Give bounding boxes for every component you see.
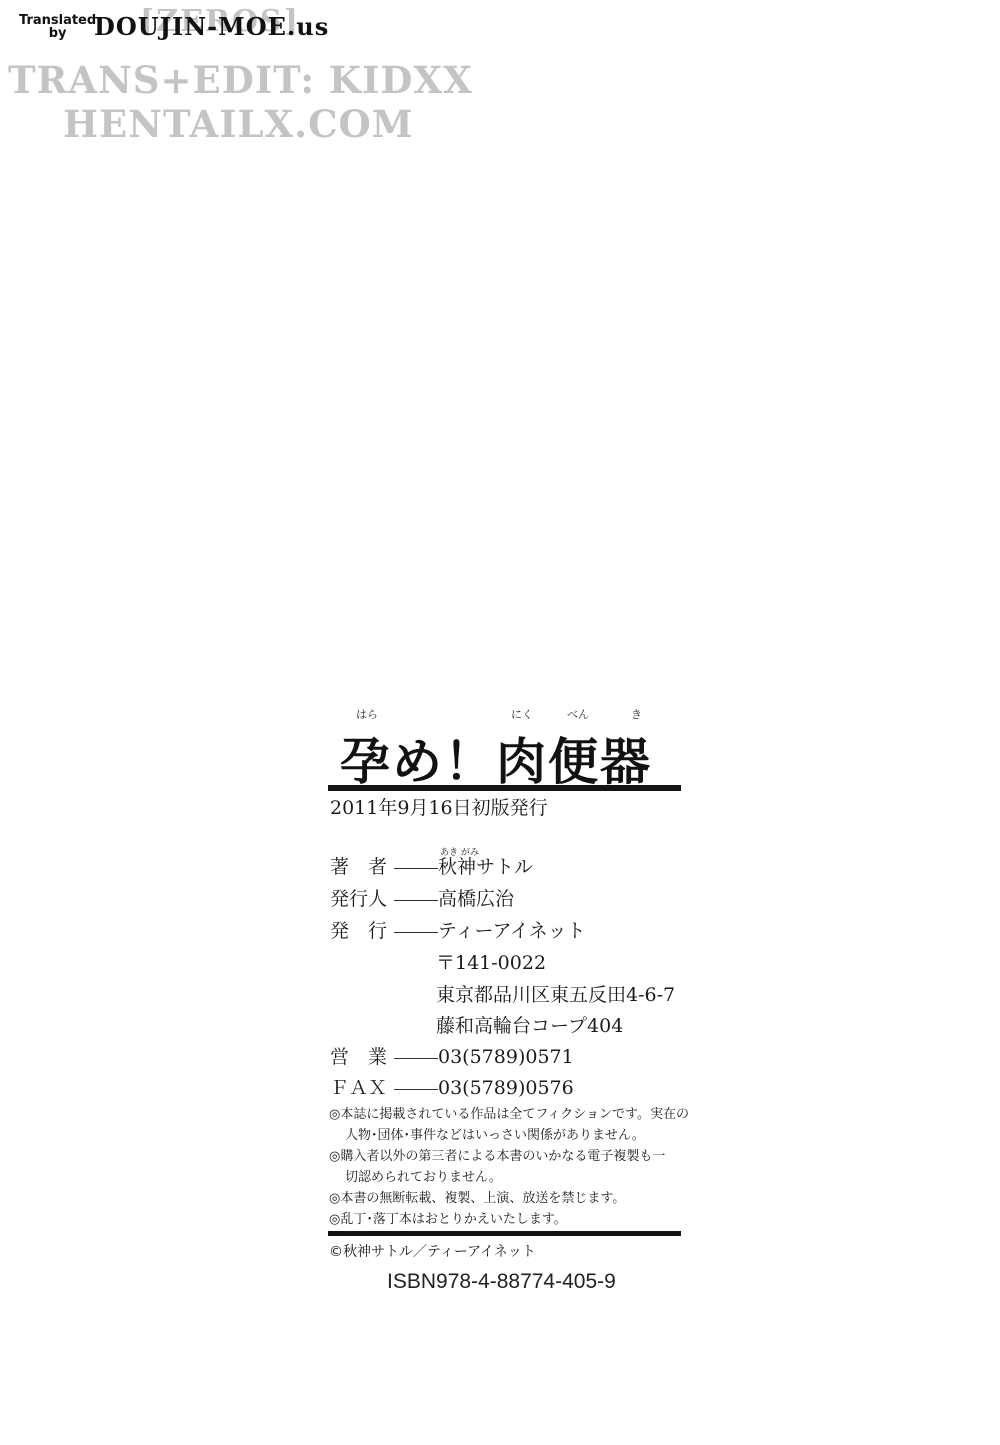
dash-rule [394,900,438,901]
note-2-line-2: 切認められておりません。 [329,1167,689,1188]
ruby-hara: はら [356,706,378,722]
dash-rule [394,868,438,869]
trans-edit-credit: TRANS+EDIT: KIDXX [8,58,473,102]
ruby-ben: べん [567,706,589,722]
bottom-rule [328,1231,681,1236]
note-4: ◎乱丁･落丁本はおとりかえいたします。 [329,1209,689,1230]
book-title: 孕め！肉便器 [340,722,652,794]
translated-by-label: Translated by [19,14,96,40]
note-2-line-1: ◎購入者以外の第三者による本書のいかなる電子複製も一 [329,1146,689,1167]
author-label: 著 者 [330,855,392,879]
postal-code: 〒141-0022 [436,951,546,975]
sales-label: 営 業 [330,1045,392,1069]
sales-row: 営 業03(5789)0571 [330,1045,574,1069]
isbn: ISBN978-4-88774-405-9 [387,1270,616,1294]
top-rule [328,785,681,791]
ruby-ki: き [631,706,642,722]
site-credit: HENTAILX.COM [63,102,414,146]
publisher-person-value: 高橋広治 [438,887,514,911]
translated-by-line-2: by [19,27,96,40]
fax-row: ＦＡＸ03(5789)0576 [330,1076,574,1100]
author-value: 秋神サトル [438,855,533,879]
author-row: 著 者秋神サトル [330,855,533,879]
publisher-person-row: 発行人高橋広治 [330,887,514,911]
dash-rule [394,1058,438,1059]
note-1-line-2: 人物･団体･事件などはいっさい関係がありません。 [329,1125,689,1146]
copyright-notice: ©秋神サトル／ティーアイネット [329,1241,536,1261]
address-line-2: 藤和高輪台コープ404 [436,1014,623,1038]
publication-date: 2011年9月16日初版発行 [330,793,548,820]
note-2: ◎購入者以外の第三者による本書のいかなる電子複製も一 切認められておりません。 [329,1146,689,1188]
fax-number: 03(5789)0576 [438,1076,574,1100]
sales-phone: 03(5789)0571 [438,1045,574,1069]
note-1: ◎本誌に掲載されている作品は全てフィクションです。実在の 人物･団体･事件などは… [329,1104,689,1146]
doujin-moe-logo: DOUJIN-MOE.us [94,12,329,41]
publisher-person-label: 発行人 [330,887,392,911]
publisher-label: 発 行 [330,919,392,943]
note-3: ◎本書の無断転載、複製、上演、放送を禁じます。 [329,1188,689,1209]
ruby-niku: にく [511,706,533,722]
publisher-row: 発 行ティーアイネット [330,919,586,943]
address-line-1: 東京都品川区東五反田4-6-7 [436,983,675,1007]
fax-label: ＦＡＸ [330,1076,392,1100]
legal-notes: ◎本誌に掲載されている作品は全てフィクションです。実在の 人物･団体･事件などは… [329,1104,689,1230]
dash-rule [394,1089,438,1090]
dash-rule [394,932,438,933]
publisher-value: ティーアイネット [438,919,586,943]
note-1-line-1: ◎本誌に掲載されている作品は全てフィクションです。実在の [329,1104,689,1125]
